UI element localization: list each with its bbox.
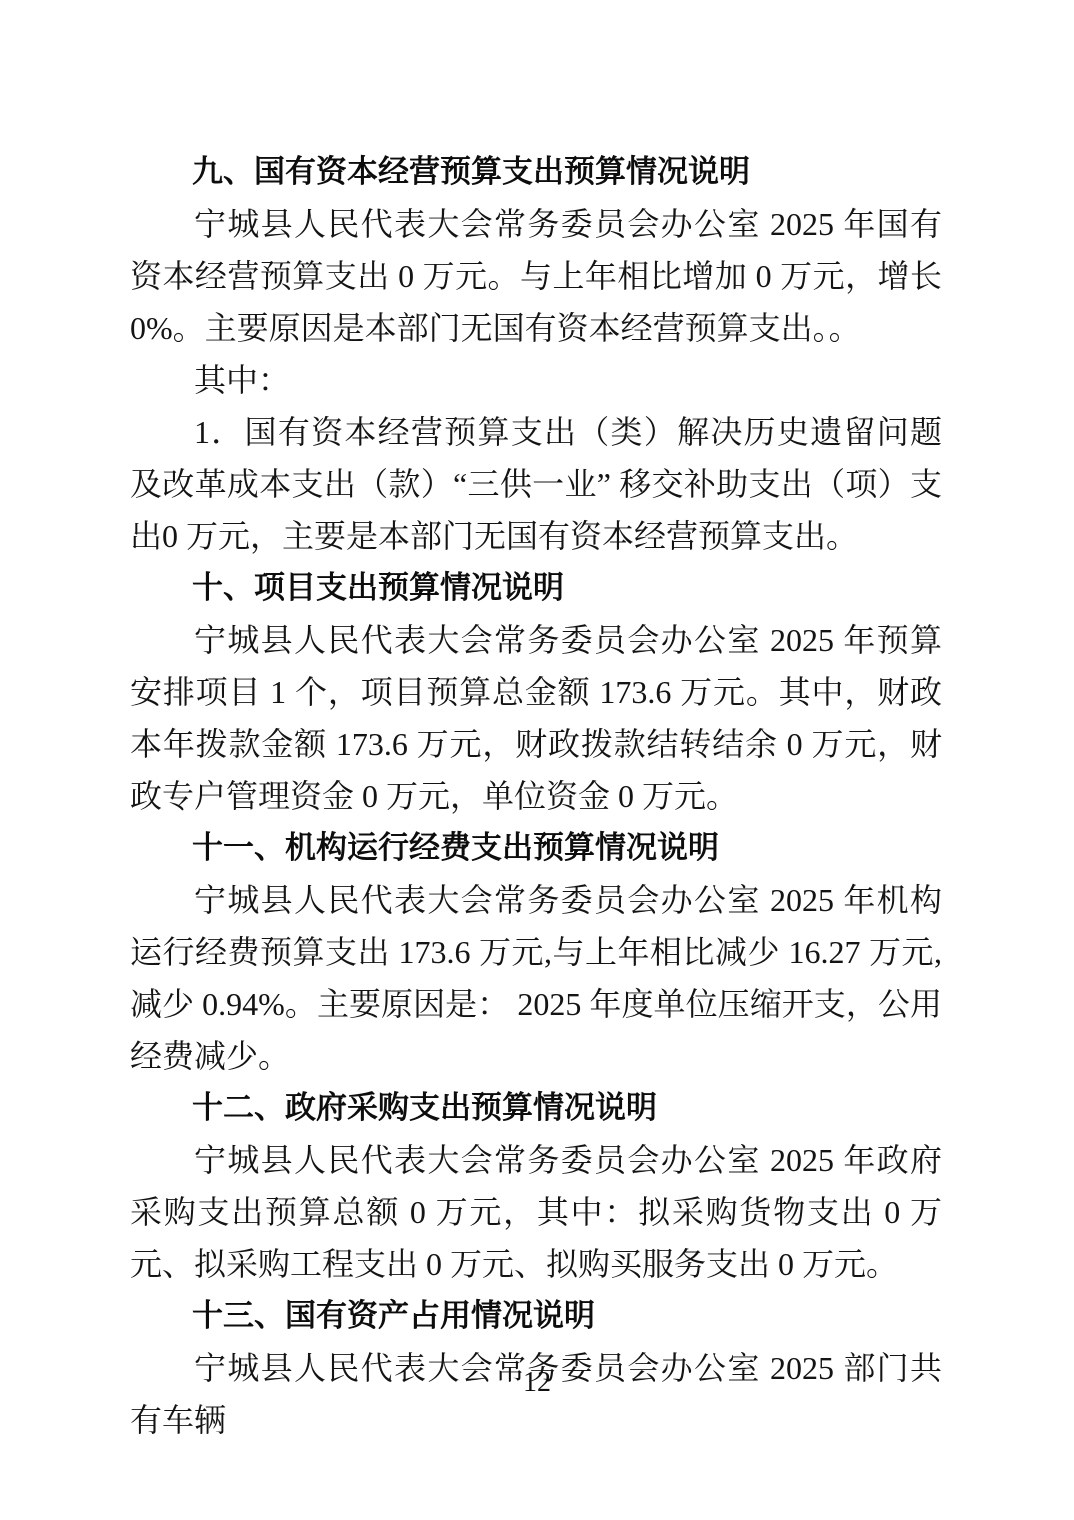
section-9-heading: 九、国有资本经营预算支出预算情况说明: [130, 146, 942, 198]
section-11-heading: 十一、机构运行经费支出预算情况说明: [130, 822, 942, 874]
section-9-paragraph-1: 宁城县人民代表大会常务委员会办公室 2025 年国有资本经营预算支出 0 万元。…: [130, 198, 942, 354]
section-9-paragraph-2: 其中：: [130, 354, 942, 406]
document-body: 九、国有资本经营预算支出预算情况说明 宁城县人民代表大会常务委员会办公室 202…: [130, 146, 942, 1446]
document-page: 九、国有资本经营预算支出预算情况说明 宁城县人民代表大会常务委员会办公室 202…: [0, 0, 1074, 1520]
section-9-paragraph-3: 1．国有资本经营预算支出（类）解决历史遗留问题及改革成本支出（款）“三供一业” …: [130, 406, 942, 562]
section-12-paragraph-1: 宁城县人民代表大会常务委员会办公室 2025 年政府采购支出预算总额 0 万元，…: [130, 1134, 942, 1290]
page-number: 12: [0, 1366, 1074, 1400]
section-10-heading: 十、项目支出预算情况说明: [130, 562, 942, 614]
section-10-paragraph-1: 宁城县人民代表大会常务委员会办公室 2025 年预算安排项目 1 个，项目预算总…: [130, 614, 942, 822]
section-12-heading: 十二、政府采购支出预算情况说明: [130, 1082, 942, 1134]
section-13-heading: 十三、国有资产占用情况说明: [130, 1290, 942, 1342]
section-11-paragraph-1: 宁城县人民代表大会常务委员会办公室 2025 年机构运行经费预算支出 173.6…: [130, 874, 942, 1082]
